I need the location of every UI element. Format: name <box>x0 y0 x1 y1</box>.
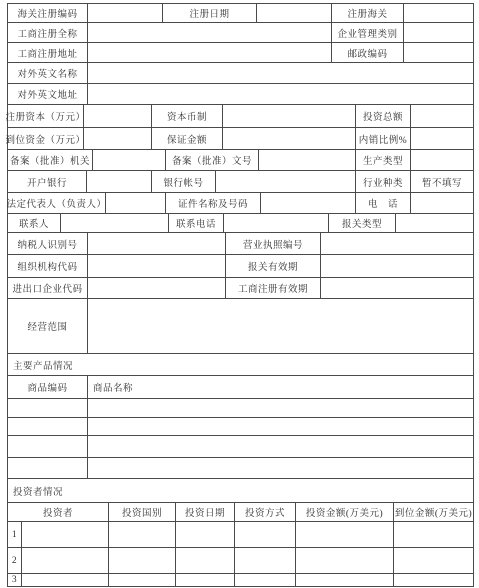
product-name-header: 商品名称 <box>88 376 474 399</box>
row-english-name: 对外英文名称 <box>8 63 474 84</box>
investor-name-cell <box>22 574 109 587</box>
business-reg-name-label: 工商注册全称 <box>8 23 88 43</box>
english-address-label: 对外英文地址 <box>8 84 88 105</box>
business-reg-name-value <box>88 23 332 43</box>
investors-section-header: 投资者情况 <box>8 479 474 503</box>
row-product-table-header: 商品编码商品名称 <box>8 376 474 399</box>
total-investment-value <box>411 105 474 128</box>
guarantee-amount-value <box>223 128 356 150</box>
contact-phone-label: 联系电话 <box>169 214 224 233</box>
paid-in-amount-cell <box>394 522 474 548</box>
reg-customs-label: 注册海关 <box>332 4 404 23</box>
investment-date-cell <box>176 574 235 587</box>
investor-country-cell <box>109 548 176 574</box>
investor-name-cell <box>22 522 109 548</box>
main-products-section-header: 主要产品情况 <box>8 354 474 376</box>
contact-person-label: 联系人 <box>8 214 61 233</box>
row-investors-section: 投资者情况 <box>8 479 474 503</box>
customs-registration-form-table: 海关注册编码注册日期注册海关工商注册全称企业管理类别工商注册地址邮政编码对外英文… <box>7 3 474 587</box>
postal-code-value <box>404 43 474 63</box>
postal-code-label: 邮政编码 <box>332 43 404 63</box>
paid-in-amount-cell <box>394 548 474 574</box>
product-name-cell <box>88 418 474 436</box>
guarantee-amount-label: 保证金额 <box>152 128 223 150</box>
product-code-cell <box>8 418 88 436</box>
legal-rep-value <box>106 193 166 214</box>
id-name-number-label: 证件名称及号码 <box>166 193 261 214</box>
business-license-number-label: 营业执照编号 <box>226 233 321 255</box>
investor-name-cell <box>22 548 109 574</box>
business-reg-validity-label: 工商注册有效期 <box>226 278 321 299</box>
english-name-label: 对外英文名称 <box>8 63 88 84</box>
row-product-1 <box>8 399 474 418</box>
investment-method-cell <box>235 522 296 548</box>
approval-authority-label: 备案（批准）机关 <box>8 150 93 171</box>
approval-authority-value <box>93 150 166 171</box>
product-name-cell <box>88 458 474 479</box>
investment-date-header: 投资日期 <box>176 503 235 522</box>
customs-declaration-validity-value <box>321 255 474 278</box>
investor-country-header: 投资国别 <box>109 503 176 522</box>
industry-category-label: 行业种类 <box>356 171 411 193</box>
approval-doc-number-label: 备案（批准）文号 <box>166 150 259 171</box>
approval-doc-number-value <box>259 150 356 171</box>
capital-currency-value <box>223 105 356 128</box>
taxpayer-id-value <box>88 233 226 255</box>
investment-amount-cell <box>296 522 394 548</box>
industry-category-note: 暂不填写 <box>411 171 474 193</box>
product-code-cell <box>8 399 88 418</box>
registered-capital-label: 注册资本（万元） <box>8 105 84 128</box>
contact-person-value <box>61 214 169 233</box>
investment-amount-cell <box>296 548 394 574</box>
reg-customs-value <box>404 4 474 23</box>
product-code-cell <box>8 436 88 458</box>
import-export-code-value <box>88 278 226 299</box>
product-name-cell <box>88 436 474 458</box>
product-name-cell <box>88 399 474 418</box>
reg-date-label: 注册日期 <box>163 4 257 23</box>
english-name-value <box>88 63 474 84</box>
row-paid-in-funds: 到位资金（万元）保证金额内销比例% <box>8 128 474 150</box>
org-code-label: 组织机构代码 <box>8 255 88 278</box>
row-business-scope: 经营范围 <box>8 299 474 354</box>
product-code-header: 商品编码 <box>8 376 88 399</box>
customs-reg-code-value <box>88 4 163 23</box>
paid-in-funds-value <box>84 128 152 150</box>
english-address-value <box>88 84 474 105</box>
row-contact-person: 联系人联系电话报关类型 <box>8 214 474 233</box>
row-taxpayer-id: 纳税人识别号营业执照编号 <box>8 233 474 255</box>
row-product-3 <box>8 436 474 458</box>
row-import-export-code: 进出口企业代码工商注册有效期 <box>8 278 474 299</box>
legal-rep-label: 法定代表人（负责人） <box>8 193 106 214</box>
bank-account-label: 银行帐号 <box>152 171 216 193</box>
total-investment-label: 投资总额 <box>356 105 411 128</box>
domestic-sales-ratio-label: 内销比例% <box>356 128 411 150</box>
investor-country-cell <box>109 574 176 587</box>
row-business-reg-address: 工商注册地址邮政编码 <box>8 43 474 63</box>
paid-in-amount-cell <box>394 574 474 587</box>
business-reg-address-label: 工商注册地址 <box>8 43 88 63</box>
row-product-4 <box>8 458 474 479</box>
capital-currency-label: 资本币制 <box>152 105 223 128</box>
taxpayer-id-label: 纳税人识别号 <box>8 233 88 255</box>
product-code-cell <box>8 458 88 479</box>
business-scope-label: 经营范围 <box>8 299 88 354</box>
row-org-code: 组织机构代码报关有效期 <box>8 255 474 278</box>
row-investor-1: 1 <box>8 522 474 548</box>
row-legal-representative: 法定代表人（负责人）证件名称及号码电 话 <box>8 193 474 214</box>
row-approval-authority: 备案（批准）机关备案（批准）文号生产类型 <box>8 150 474 171</box>
investor-row-number: 3 <box>8 574 22 587</box>
customs-declaration-validity-label: 报关有效期 <box>226 255 321 278</box>
row-product-2 <box>8 418 474 436</box>
id-name-number-value <box>261 193 356 214</box>
investment-method-cell <box>235 548 296 574</box>
customs-declaration-type-value <box>396 214 474 233</box>
bank-name-value <box>87 171 152 193</box>
investment-amount-cell <box>296 574 394 587</box>
business-license-number-value <box>321 233 474 255</box>
investment-amount-header: 投资金额(万美元) <box>296 503 394 522</box>
row-main-products-section: 主要产品情况 <box>8 354 474 376</box>
business-reg-validity-value <box>321 278 474 299</box>
production-type-label: 生产类型 <box>356 150 411 171</box>
row-investor-2: 2 <box>8 548 474 574</box>
registration-form-page: 海关注册编码注册日期注册海关工商注册全称企业管理类别工商注册地址邮政编码对外英文… <box>0 0 479 588</box>
enterprise-mgmt-category-value <box>404 23 474 43</box>
business-reg-address-value <box>88 43 332 63</box>
phone-value <box>411 193 474 214</box>
row-english-address: 对外英文地址 <box>8 84 474 105</box>
investor-row-number: 2 <box>8 548 22 574</box>
enterprise-mgmt-category-label: 企业管理类别 <box>332 23 404 43</box>
row-registered-capital: 注册资本（万元）资本币制投资总额 <box>8 105 474 128</box>
contact-phone-value <box>224 214 329 233</box>
paid-in-amount-header: 到位金额(万美元) <box>394 503 474 522</box>
investor-country-cell <box>109 522 176 548</box>
row-customs-registration: 海关注册编码注册日期注册海关 <box>8 4 474 23</box>
reg-date-value <box>257 4 332 23</box>
phone-label: 电 话 <box>356 193 411 214</box>
row-investor-3: 3 <box>8 574 474 587</box>
business-scope-value <box>88 299 474 354</box>
investor-name-header: 投资者 <box>8 503 109 522</box>
bank-account-value <box>216 171 356 193</box>
bank-name-label: 开户银行 <box>8 171 87 193</box>
investment-date-cell <box>176 548 235 574</box>
paid-in-funds-label: 到位资金（万元） <box>8 128 84 150</box>
customs-reg-code-label: 海关注册编码 <box>8 4 88 23</box>
row-bank: 开户银行银行帐号行业种类暂不填写 <box>8 171 474 193</box>
customs-declaration-type-label: 报关类型 <box>329 214 396 233</box>
import-export-code-label: 进出口企业代码 <box>8 278 88 299</box>
production-type-value <box>411 150 474 171</box>
investment-method-cell <box>235 574 296 587</box>
org-code-value <box>88 255 226 278</box>
investor-row-number: 1 <box>8 522 22 548</box>
row-business-reg-name: 工商注册全称企业管理类别 <box>8 23 474 43</box>
domestic-sales-ratio-value <box>411 128 474 150</box>
investment-date-cell <box>176 522 235 548</box>
investment-method-header: 投资方式 <box>235 503 296 522</box>
row-investor-table-header: 投资者投资国别投资日期投资方式投资金额(万美元)到位金额(万美元) <box>8 503 474 522</box>
registered-capital-value <box>84 105 152 128</box>
